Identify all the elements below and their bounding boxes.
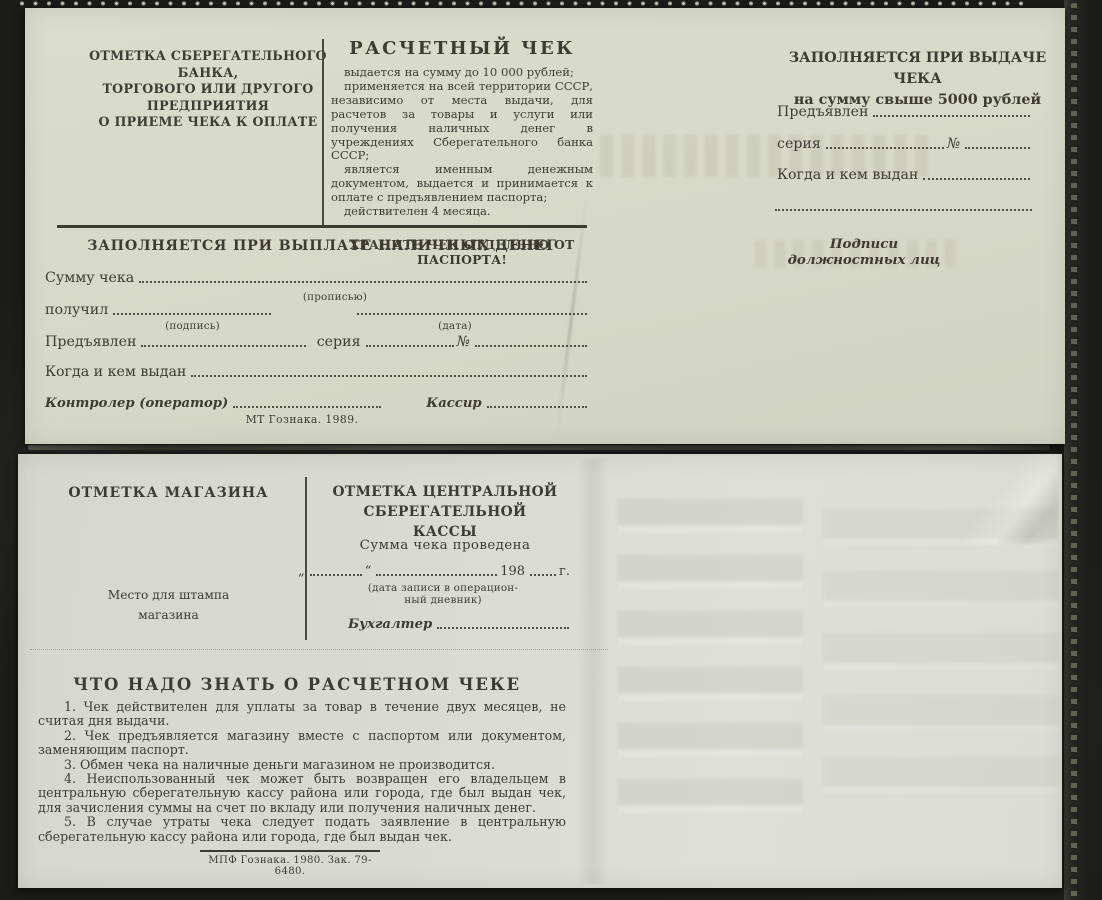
received-field: получил: [45, 302, 590, 318]
field-label: Предъявлен: [45, 334, 136, 350]
stamp-place-line: магазина: [46, 605, 291, 625]
field-label: серия: [317, 334, 361, 350]
dotted-line: [530, 573, 556, 576]
field-label: Когда и кем выдан: [45, 364, 186, 380]
check-rule: действителен 4 месяца.: [331, 205, 593, 219]
info-item: 2. Чек предъявляется магазину вместе с п…: [38, 729, 566, 758]
year-suffix: г.: [559, 564, 570, 579]
dotted-line: [139, 280, 587, 283]
info-item: 5. В случае утраты чека следует подать з…: [38, 815, 566, 844]
section-divider-rule: [57, 225, 587, 228]
accountant-field: Бухгалтер: [348, 617, 572, 632]
bank-acceptance-note-line: ОТМЕТКА СБЕРЕГАТЕЛЬНОГО БАНКА,: [82, 48, 334, 81]
quote-mark: „: [298, 564, 305, 579]
bank-acceptance-note-line: О ПРИЕМЕ ЧЕКА К ОПЛАТЕ: [82, 114, 334, 131]
officials-signatures-line: должностных лиц: [764, 252, 964, 268]
issue-section-title: ЗАПОЛНЯЕТСЯ ПРИ ВЫДАЧЕ ЧЕКА на сумму свы…: [765, 48, 1070, 111]
printer-imprint: МПФ Гознака. 1980. Зак. 79-6480.: [200, 850, 380, 877]
check-title: РАСЧЕТНЫЙ ЧЕК: [331, 38, 593, 59]
savings-office-mark-line: ОТМЕТКА ЦЕНТРАЛЬНОЙ: [330, 482, 560, 502]
payout-section-title: ЗАПОЛНЯЕТСЯ ПРИ ВЫПЛАТЕ НАЛИЧНЫХ ДЕНЕГ: [57, 238, 587, 254]
issue-section-title-line: ЗАПОЛНЯЕТСЯ ПРИ ВЫДАЧЕ ЧЕКА: [765, 48, 1070, 90]
field-label: Контролер (оператор): [45, 396, 228, 411]
dotted-line: [113, 312, 271, 315]
field-label: получил: [45, 302, 108, 318]
issue-issued-by-field: Когда и кем выдан: [777, 167, 1033, 183]
posting-date-field: „ “ 198 г.: [298, 564, 570, 579]
check-rule: выдается на сумму до 10 000 рублей;: [331, 66, 593, 80]
savings-office-mark-line: СБЕРЕГАТЕЛЬНОЙ КАССЫ: [330, 502, 560, 542]
field-label: Предъявлен: [777, 104, 868, 120]
field-label: №: [947, 136, 960, 152]
issue-presented-field: Предъявлен: [777, 104, 1033, 120]
embossed-bleed-through: [823, 509, 1058, 819]
settlement-check-back: ОТМЕТКА МАГАЗИНА ОТМЕТКА ЦЕНТРАЛЬНОЙ СБЕ…: [18, 454, 1062, 888]
check-rule: является именным денежным документом, вы…: [331, 163, 593, 205]
settlement-check-front: ОТМЕТКА СБЕРЕГАТЕЛЬНОГО БАНКА, ТОРГОВОГО…: [25, 8, 1065, 444]
issued-by-field: Когда и кем выдан: [45, 364, 590, 380]
officials-field: Контролер (оператор) Кассир: [45, 396, 590, 411]
field-label: Сумму чека: [45, 270, 134, 286]
dotted-line: [923, 177, 1030, 180]
info-item: 3. Обмен чека на наличные деньги магазин…: [38, 758, 566, 772]
dotted-line: [310, 573, 362, 576]
album-page-strip: [28, 445, 1050, 450]
bank-acceptance-note-line: ТОРГОВОГО ИЛИ ДРУГОГО ПРЕДПРИЯТИЯ: [82, 81, 334, 114]
issue-series-number-field: серия №: [777, 136, 1033, 152]
album-perforation-row: [16, 0, 1026, 8]
info-section-text: 1. Чек действителен для уплаты за товар …: [38, 700, 566, 844]
dotted-line: [487, 405, 587, 408]
posting-date-hint-line: ный дневник): [318, 594, 568, 606]
amount-posted-label: Сумма чека проведена: [330, 538, 560, 553]
posting-date-hint-line: (дата записи в операцион-: [318, 582, 568, 594]
officials-signatures-line: Подписи: [764, 236, 964, 252]
dotted-line: [376, 573, 497, 576]
officials-signatures-caption: Подписи должностных лиц: [764, 236, 964, 268]
printer-imprint: МТ Гознака. 1989.: [172, 413, 432, 426]
stamp-place-caption: Место для штампа магазина: [46, 585, 291, 625]
binding-stitches: [1071, 3, 1077, 897]
field-label: №: [457, 334, 470, 350]
embossed-bleed-through: [618, 499, 803, 834]
dotted-line: [775, 209, 1032, 211]
shop-mark-title: ОТМЕТКА МАГАЗИНА: [46, 485, 291, 501]
dotted-line: [965, 146, 1030, 149]
field-label: Бухгалтер: [348, 617, 432, 632]
paper-crease: [578, 459, 608, 884]
info-item: 1. Чек действителен для уплаты за товар …: [38, 700, 566, 729]
dotted-line: [357, 312, 587, 315]
quote-mark: “: [365, 564, 372, 579]
dotted-line: [141, 344, 305, 347]
presented-field: Предъявлен серия №: [45, 334, 590, 350]
info-item: 4. Неиспользованный чек может быть возвр…: [38, 772, 566, 815]
check-description-block: РАСЧЕТНЫЙ ЧЕК выдается на сумму до 10 00…: [331, 38, 593, 267]
amount-field: Сумму чека: [45, 270, 590, 286]
info-section-title: ЧТО НАДО ЗНАТЬ О РАСЧЕТНОМ ЧЕКЕ: [43, 675, 551, 694]
dotted-line: [191, 374, 587, 377]
field-label: серия: [777, 136, 821, 152]
dotted-line: [233, 405, 381, 408]
paper-crease: [898, 454, 1058, 544]
dotted-line: [437, 626, 569, 629]
bank-acceptance-note: ОТМЕТКА СБЕРЕГАТЕЛЬНОГО БАНКА, ТОРГОВОГО…: [82, 48, 334, 131]
year-prefix: 198: [500, 564, 525, 579]
album-binding-strip: [1064, 0, 1088, 900]
field-label: Когда и кем выдан: [777, 167, 918, 183]
dotted-line: [475, 344, 587, 347]
dotted-line: [366, 344, 454, 347]
date-hint: (дата): [375, 320, 535, 332]
column-divider: [322, 39, 324, 226]
tear-off-separator: [30, 649, 608, 650]
dotted-line: [873, 114, 1030, 117]
check-rule: применяется на всей территории СССР, нез…: [331, 80, 593, 163]
field-label: Кассир: [426, 396, 481, 411]
signature-hint: (подпись): [115, 320, 270, 332]
savings-office-mark-title: ОТМЕТКА ЦЕНТРАЛЬНОЙ СБЕРЕГАТЕЛЬНОЙ КАССЫ: [330, 482, 560, 542]
column-divider: [305, 477, 307, 640]
dotted-line: [826, 146, 944, 149]
stamp-place-line: Место для штампа: [46, 585, 291, 605]
